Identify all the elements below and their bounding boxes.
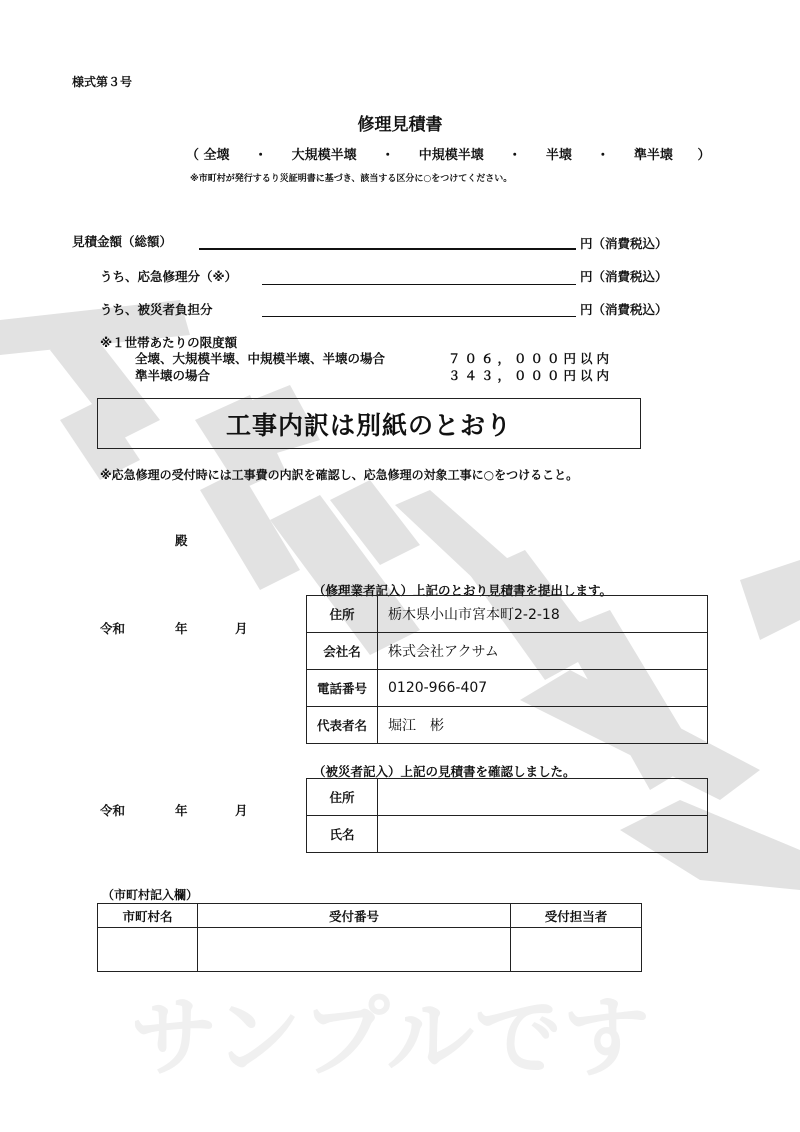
municipal-caption: （市町村記入欄）	[102, 886, 198, 903]
damage-category-list: （ 全壊 ・ 大規模半壊 ・ 中規模半壊 ・ 半壊 ・ 準半壊 ）	[186, 144, 710, 163]
separator: ・	[254, 148, 267, 163]
separator: ・	[508, 148, 521, 163]
victim-address-field[interactable]	[378, 779, 708, 816]
municipality-name-field[interactable]	[98, 928, 198, 972]
table-row: 電話番号 0120-966-407	[307, 670, 708, 707]
contractor-company-value[interactable]: 株式会社アクサム	[378, 633, 708, 670]
victim-address-label: 住所	[307, 779, 378, 816]
victim-date-month: 月	[235, 801, 248, 819]
category-note: ※市町村が発行するり災証明書に基づき、該当する区分に○をつけてください。	[190, 171, 512, 184]
contractor-address-value[interactable]: 栃木県小山市宮本町2-2-18	[378, 596, 708, 633]
receipt-staff-field[interactable]	[511, 928, 642, 972]
paren-open: （	[186, 148, 199, 163]
victim-name-label: 氏名	[307, 816, 378, 853]
emergency-repair-suffix: 円（消費税込）	[580, 267, 668, 285]
table-row: 代表者名 堀江 彬	[307, 707, 708, 744]
table-row: 会社名 株式会社アクサム	[307, 633, 708, 670]
category-chukibo-hankai[interactable]: 中規模半壊	[419, 148, 484, 163]
victim-name-field[interactable]	[378, 816, 708, 853]
victim-burden-field[interactable]	[262, 316, 576, 317]
victim-date-era: 令和	[100, 801, 125, 819]
separator: ・	[381, 148, 394, 163]
contractor-date-era: 令和	[100, 619, 125, 637]
contractor-phone-label: 電話番号	[307, 670, 378, 707]
receipt-staff-header: 受付担当者	[511, 904, 642, 928]
limit-value-full: ７０６，０００円以内	[448, 349, 613, 367]
category-daikibo-hankai[interactable]: 大規模半壊	[292, 148, 357, 163]
category-zenkai[interactable]: 全壊	[204, 148, 230, 163]
emergency-repair-field[interactable]	[262, 284, 576, 285]
contractor-company-label: 会社名	[307, 633, 378, 670]
table-row: 住所	[307, 779, 708, 816]
category-junhankai[interactable]: 準半壊	[634, 148, 673, 163]
contractor-representative-value[interactable]: 堀江 彬	[378, 707, 708, 744]
contractor-phone-value[interactable]: 0120-966-407	[378, 670, 708, 707]
municipality-name-header: 市町村名	[98, 904, 198, 928]
document-title: 修理見積書	[0, 110, 800, 135]
table-row	[98, 928, 642, 972]
total-amount-label: 見積金額（総額）	[72, 232, 172, 250]
breakdown-note: ※応急修理の受付時には工事費の内訳を確認し、応急修理の対象工事に○をつけること。	[100, 466, 578, 483]
table-row: 氏名	[307, 816, 708, 853]
addressee-suffix: 殿	[175, 531, 188, 549]
victim-date-year: 年	[175, 801, 188, 819]
limit-label-full: 全壊、大規模半壊、中規模半壊、半壊の場合	[135, 349, 385, 367]
table-header-row: 市町村名 受付番号 受付担当者	[98, 904, 642, 928]
contractor-address-label: 住所	[307, 596, 378, 633]
form-number: 様式第３号	[72, 73, 132, 90]
table-row: 住所 栃木県小山市宮本町2-2-18	[307, 596, 708, 633]
municipal-table: 市町村名 受付番号 受付担当者	[97, 903, 642, 972]
receipt-number-field[interactable]	[198, 928, 511, 972]
contractor-representative-label: 代表者名	[307, 707, 378, 744]
receipt-number-header: 受付番号	[198, 904, 511, 928]
breakdown-text: 工事内訳は別紙のとおり	[226, 406, 512, 442]
paren-close: ）	[697, 148, 710, 163]
victim-burden-suffix: 円（消費税込）	[580, 300, 668, 318]
total-amount-field[interactable]	[199, 248, 576, 250]
total-amount-suffix: 円（消費税込）	[580, 234, 668, 252]
limit-label-quasi: 準半壊の場合	[135, 366, 210, 384]
limit-value-quasi: ３４３，０００円以内	[448, 366, 613, 384]
contractor-date-month: 月	[235, 619, 248, 637]
emergency-repair-label: うち、応急修理分（※）	[100, 267, 237, 285]
victim-table: 住所 氏名	[306, 778, 708, 853]
victim-burden-label: うち、被災者負担分	[100, 300, 213, 318]
contractor-date-year: 年	[175, 619, 188, 637]
category-hankai[interactable]: 半壊	[546, 148, 572, 163]
breakdown-box: 工事内訳は別紙のとおり	[97, 398, 641, 449]
separator: ・	[596, 148, 609, 163]
contractor-table: 住所 栃木県小山市宮本町2-2-18 会社名 株式会社アクサム 電話番号 012…	[306, 595, 708, 744]
